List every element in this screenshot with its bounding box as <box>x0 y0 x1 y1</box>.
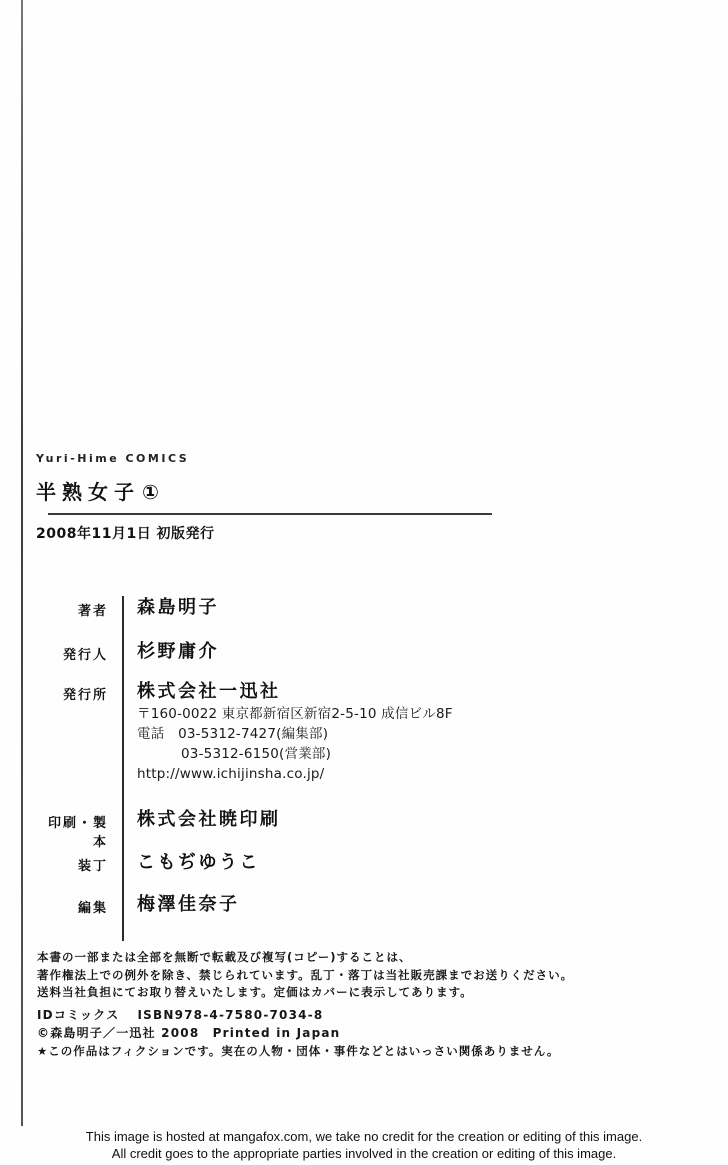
title-divider <box>48 513 492 515</box>
footer-credit: This image is hosted at mangafox.com, we… <box>0 1129 728 1162</box>
credit-row-editor: 編集 梅澤佳奈子 <box>36 893 556 941</box>
credit-row-author: 著者 森島明子 <box>36 596 556 640</box>
credit-label: 編集 <box>36 893 108 916</box>
credits-table: 著者 森島明子 発行人 杉野庸介 発行所 株式会社一迅社 〒160-0022 東… <box>36 596 556 941</box>
volume-badge: ① <box>142 480 159 504</box>
publisher-phone-editorial: 電話 03-5312-7427(編集部) <box>137 724 453 744</box>
fiction-disclaimer: ★この作品はフィクションです。実在の人物・団体・事件などとはいっさい関係ありませ… <box>37 1043 637 1059</box>
credit-value: 株式会社暁印刷 <box>122 808 281 851</box>
publisher-name: 株式会社一迅社 <box>137 680 453 704</box>
credit-value: 森島明子 <box>122 596 219 640</box>
credit-label: 装丁 <box>36 851 108 874</box>
credit-value: 梅澤佳奈子 <box>122 893 240 941</box>
legal-line-1: 本書の一部または全部を無断で転載及び複写(コピー)することは、 <box>37 949 597 967</box>
credit-label: 発行人 <box>36 640 108 663</box>
publisher-address: 〒160-0022 東京都新宿区新宿2-5-10 成信ビル8F <box>137 704 453 724</box>
legal-notice: 本書の一部または全部を無断で転載及び複写(コピー)することは、 著作権法上での例… <box>37 949 597 1002</box>
publisher-person-name: 杉野庸介 <box>137 640 219 664</box>
designer-name: こもぢゆうこ <box>137 851 260 875</box>
legal-line-2: 著作権法上での例外を除き、禁じられています。乱丁・落丁は当社販売課までお送りくだ… <box>37 967 597 985</box>
printer-name: 株式会社暁印刷 <box>137 808 281 832</box>
credit-row-publisher-person: 発行人 杉野庸介 <box>36 640 556 680</box>
credit-label: 著者 <box>36 596 108 619</box>
legal-line-3: 送料当社負担にてお取り替えいたします。定価はカバーに表示してあります。 <box>37 984 597 1002</box>
editor-name: 梅澤佳奈子 <box>137 893 240 917</box>
colophon-page: Yuri-Hime COMICS 半熟女子① 2008年11月1日 初版発行 著… <box>0 0 728 1165</box>
publisher-url: http://www.ichijinsha.co.jp/ <box>137 764 453 784</box>
series-label: Yuri-Hime COMICS <box>36 452 506 465</box>
credit-value: 株式会社一迅社 〒160-0022 東京都新宿区新宿2-5-10 成信ビル8F … <box>122 680 453 808</box>
isbn-line: IDコミックスISBN978-4-7580-7034-8 <box>37 1006 597 1024</box>
id-comics-label: IDコミックス <box>37 1008 119 1022</box>
print-date: 2008年11月1日 初版発行 <box>36 523 506 543</box>
credit-row-designer: 装丁 こもぢゆうこ <box>36 851 556 893</box>
credit-row-publisher: 発行所 株式会社一迅社 〒160-0022 東京都新宿区新宿2-5-10 成信ビ… <box>36 680 556 808</box>
isbn-code: ISBN978-4-7580-7034-8 <box>137 1008 323 1022</box>
header: Yuri-Hime COMICS 半熟女子① 2008年11月1日 初版発行 <box>36 452 506 543</box>
publisher-phone-sales: 03-5312-6150(営業部) <box>137 744 453 764</box>
copyright-line: ©森島明子／一迅社 2008 Printed in Japan <box>37 1024 597 1042</box>
credit-value: 杉野庸介 <box>122 640 219 680</box>
footer-line-1: This image is hosted at mangafox.com, we… <box>0 1129 728 1146</box>
author-name: 森島明子 <box>137 596 219 620</box>
page-title: 半熟女子① <box>36 476 506 505</box>
page-edge-line <box>21 0 23 1126</box>
book-title: 半熟女子 <box>36 480 140 504</box>
credit-label: 発行所 <box>36 680 108 703</box>
credit-label: 印刷・製本 <box>36 808 108 850</box>
imprint-block: IDコミックスISBN978-4-7580-7034-8 ©森島明子／一迅社 2… <box>37 1006 597 1042</box>
footer-line-2: All credit goes to the appropriate parti… <box>0 1146 728 1163</box>
credit-value: こもぢゆうこ <box>122 851 260 893</box>
credit-row-printer: 印刷・製本 株式会社暁印刷 <box>36 808 556 851</box>
